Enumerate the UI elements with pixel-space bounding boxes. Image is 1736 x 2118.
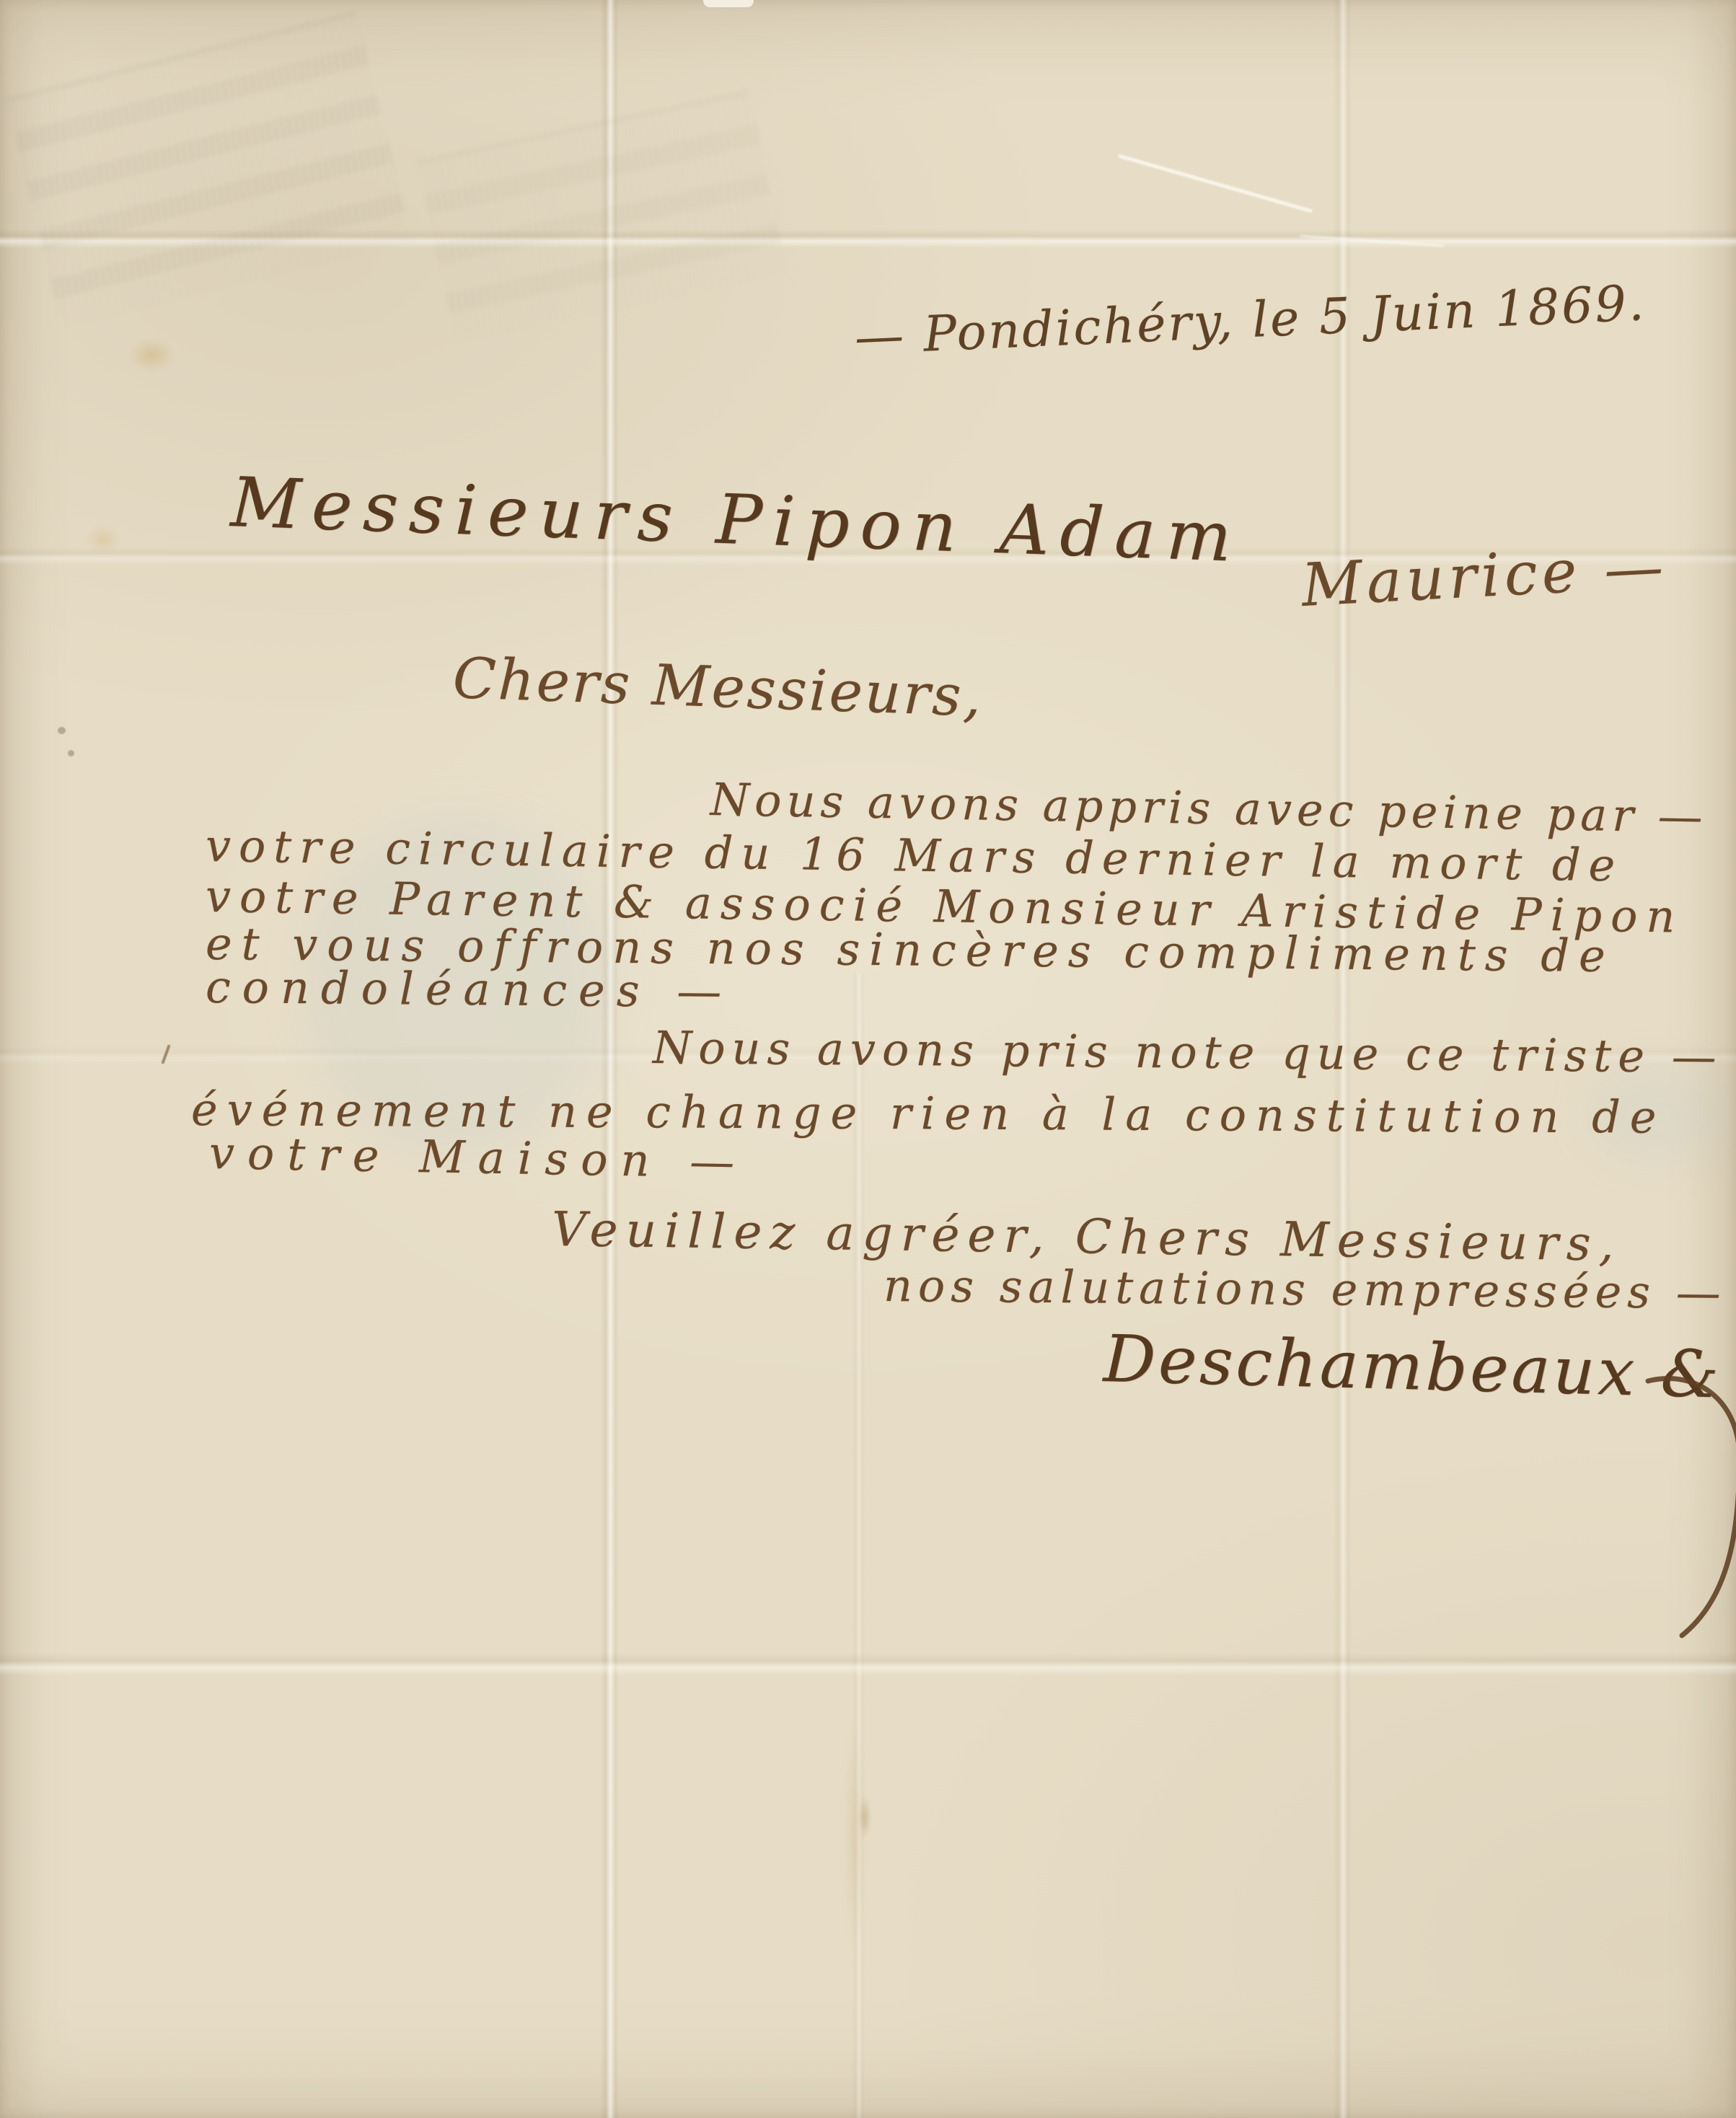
closing-line: nos salutations empressées — (884, 1263, 1727, 1315)
letter-scan: — Pondichéry, le 5 Juin 1869. Messieurs … (0, 0, 1736, 2118)
body-line: condoléances — (206, 965, 733, 1014)
signature: Deschambeaux & Co (1103, 1327, 1736, 1411)
body-line: Nous avons pris note que ce triste — (653, 1025, 1723, 1080)
body-line: votre Maison — (208, 1131, 747, 1185)
closing-line: Veuillez agréer, Chers Messieurs, (552, 1206, 1623, 1268)
